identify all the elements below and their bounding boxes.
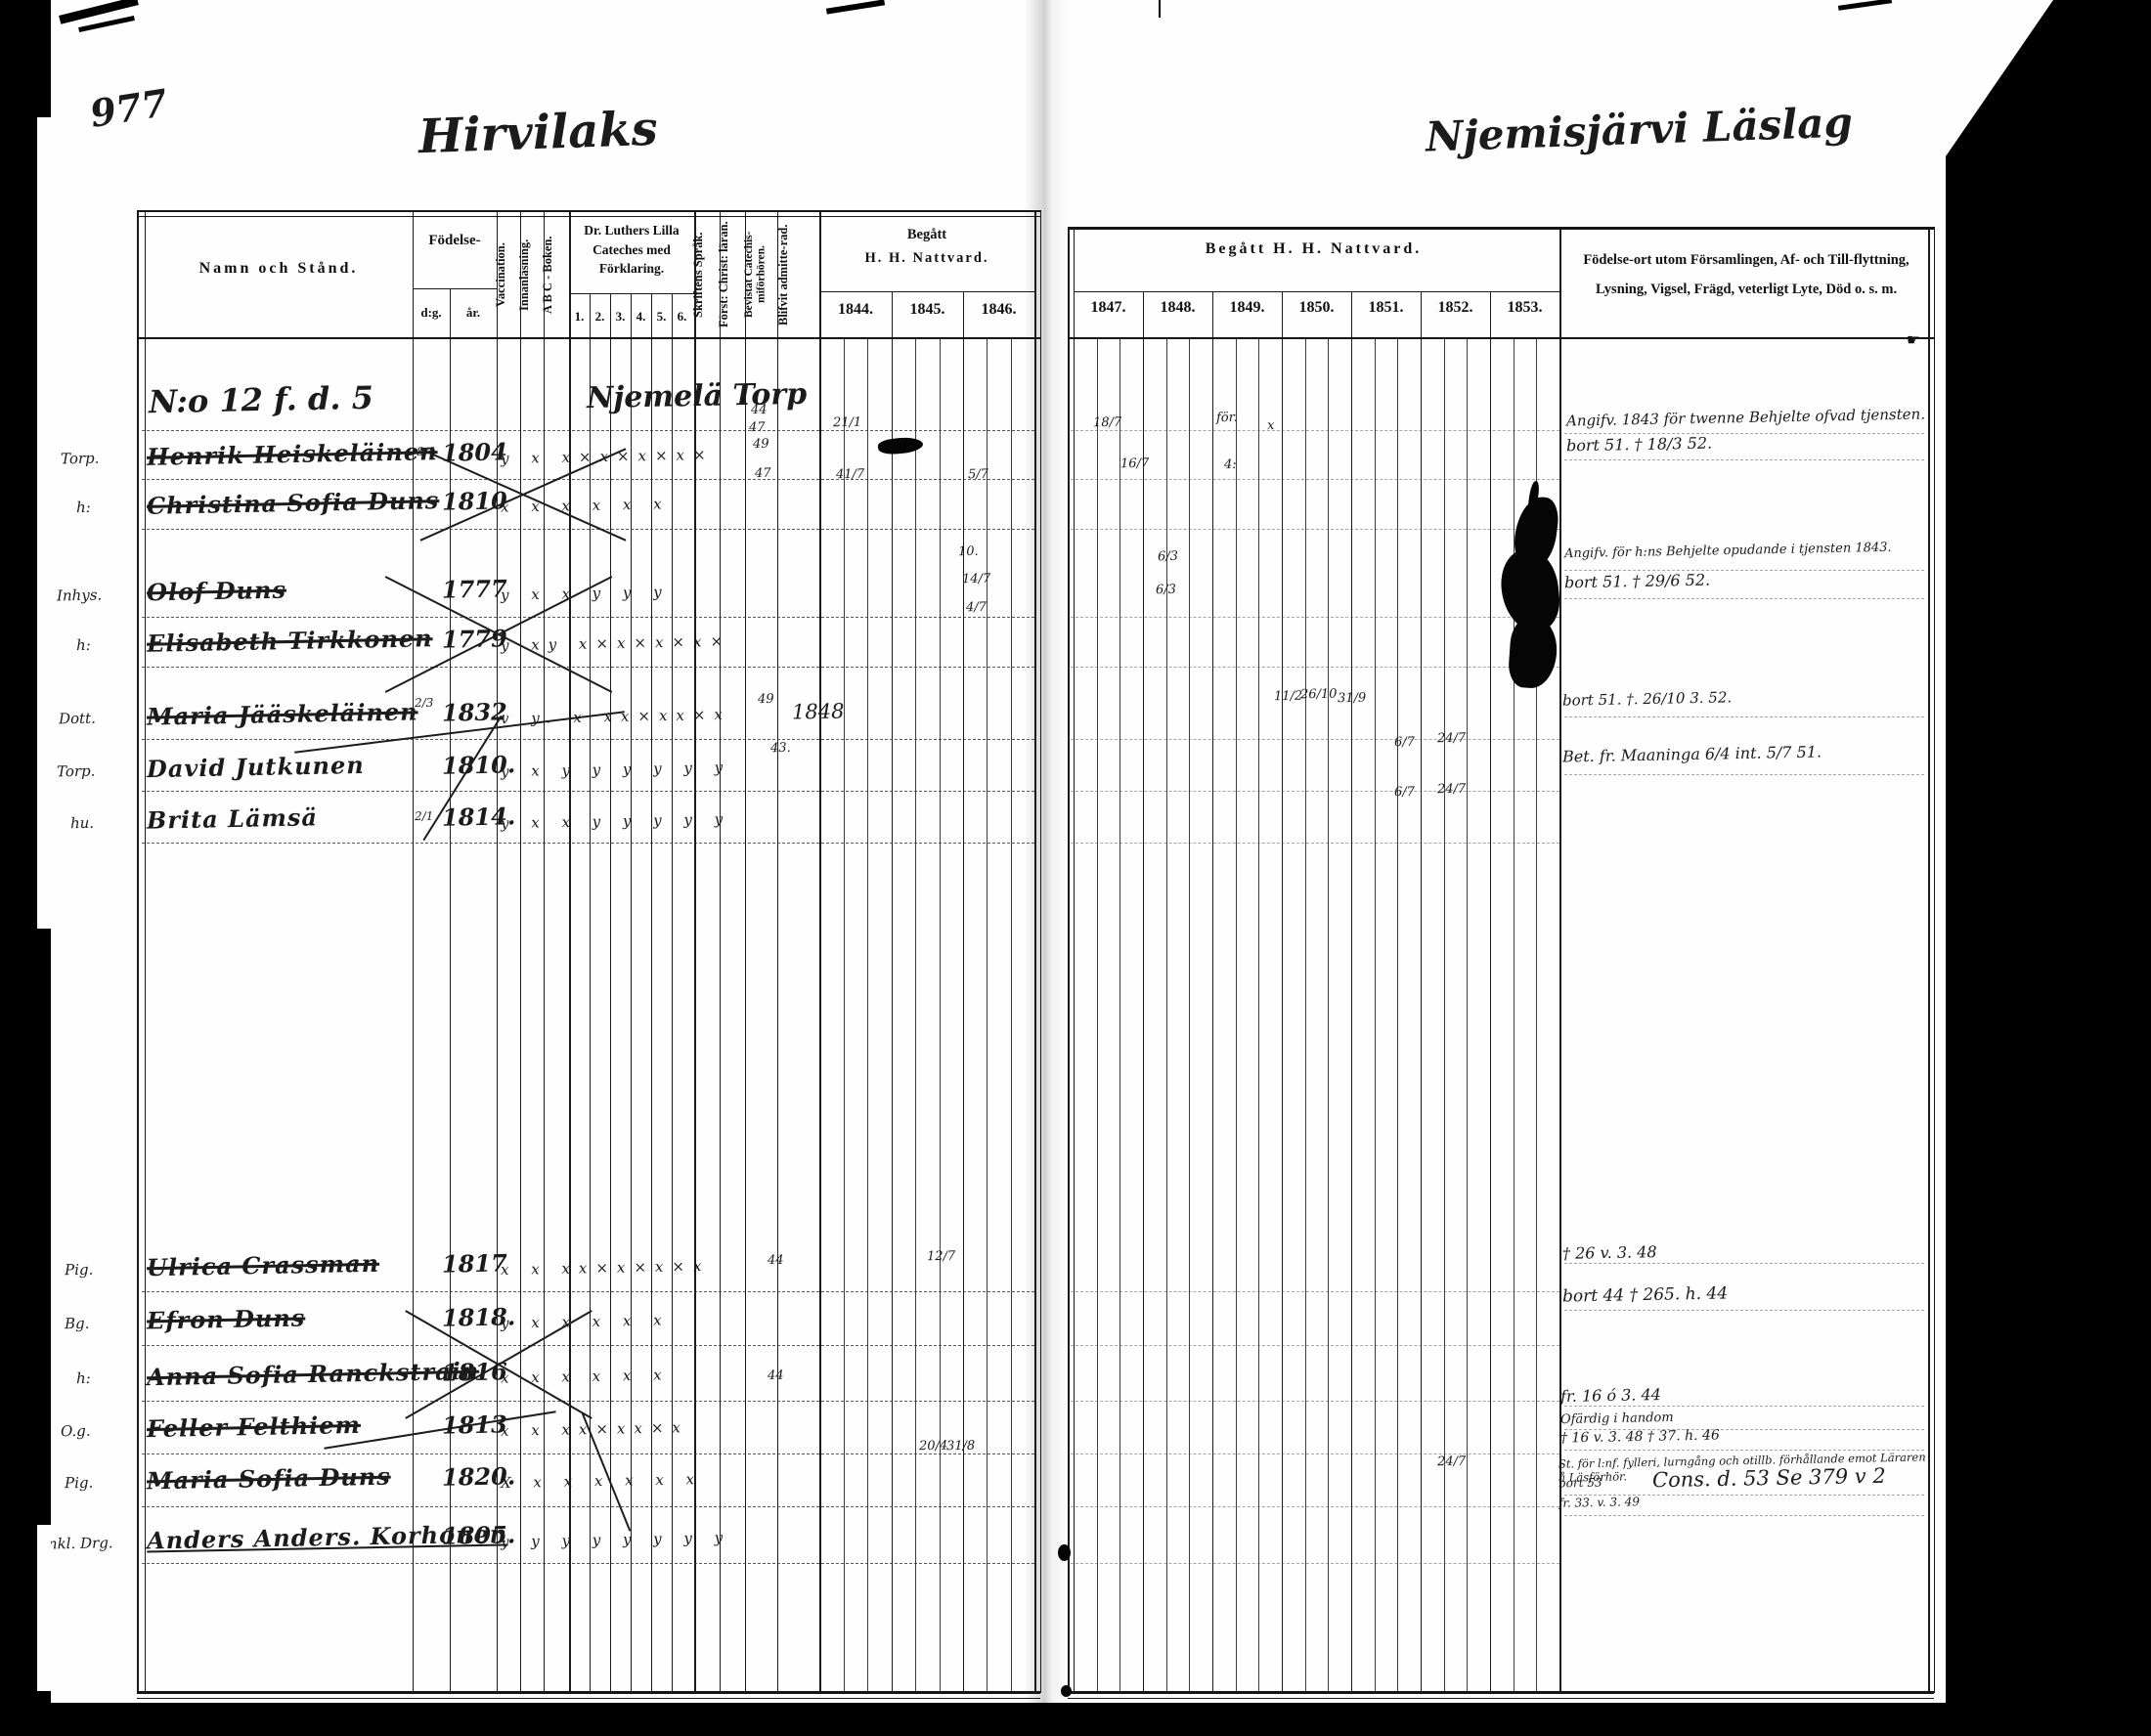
grid-vline [963, 291, 964, 1693]
grid-vline [413, 210, 414, 1693]
row-name: Olof Duns [147, 576, 286, 607]
row-rule [142, 667, 1034, 668]
year-header-1849: 1849. [1212, 299, 1282, 317]
grid-hline [1068, 337, 1934, 339]
row-rule [1564, 433, 1924, 434]
grid-vline [1236, 337, 1237, 1693]
note: Cons. d. 53 Se 379 v 2 [1652, 1464, 1886, 1493]
grid-vline [544, 210, 545, 1693]
row-birth-year: 1816 [442, 1357, 507, 1386]
row-name: Henrik Heiskeläinen [147, 437, 438, 471]
scan-edge-bottom [0, 1703, 2151, 1736]
row-birth-day: 2/3 [415, 696, 434, 710]
grid-vline [1068, 227, 1070, 1693]
ink-mark: 49 [753, 437, 769, 452]
ink-mark: 49 [758, 692, 774, 707]
row-rule [142, 791, 1034, 792]
ink-mark: 24/7 [1437, 731, 1466, 747]
row-rule [1071, 667, 1559, 668]
section-number: N:o 12 f. d. 5 [149, 379, 374, 420]
row-rule [142, 1291, 1034, 1292]
grid-vline [1011, 337, 1012, 1693]
row-name: Maria Sofia Duns [147, 1462, 391, 1496]
row-prefix: h: [76, 636, 91, 654]
row-marks: x x x x x x [501, 1366, 671, 1386]
grid-vline [1166, 337, 1167, 1693]
ink-mark: 12/7 [927, 1249, 955, 1265]
col-header-bevistat-catechis: Bevistat Catechis-miförhören. [743, 215, 777, 334]
row-rule [142, 430, 1034, 431]
section-place: Njemelä Torp [587, 377, 808, 415]
grid-vline [1074, 227, 1075, 1693]
ink-mark: 26/10 [1300, 687, 1338, 703]
grid-vline [745, 210, 746, 1693]
grid-vline [1328, 337, 1329, 1693]
ink-mark: 11/2 [1274, 689, 1302, 705]
row-birth-year: 1777 [442, 574, 507, 603]
row-rule [142, 1401, 1034, 1402]
col-header-abc-boken: A B C - Boken. [542, 215, 569, 334]
scanned-ledger-page: 977 Hirvilaks Njemisjärvi Läslag Namn oc… [0, 0, 2151, 1736]
grid-vline [1212, 291, 1213, 1693]
ink-mark: 16/7 [1120, 456, 1149, 472]
col-header-birth-year: år. [450, 305, 497, 321]
ink-mark: 5/7 [968, 467, 988, 482]
grid-vline [1040, 210, 1041, 1693]
col-header-name: Namn och Stånd. [147, 260, 411, 278]
row-prefix: hu. [70, 814, 94, 832]
grid-vline [1397, 337, 1398, 1693]
ink-mark: 20/4 [919, 1439, 947, 1454]
ink-mark: 43. [770, 741, 791, 756]
row-prefix: O.g. [61, 1422, 91, 1441]
grid-vline [1421, 291, 1422, 1693]
col-header-notes-line2: Lysning, Vigsel, Frägd, veterligt Lyte, … [1564, 282, 1928, 298]
ink-mark: x [1267, 418, 1275, 433]
paper-corner [1946, 0, 2053, 156]
row-name: Feller Felthiem [147, 1410, 361, 1443]
ink-mark: 6/7 [1394, 735, 1415, 750]
grid-hline [137, 1691, 1040, 1694]
note: fr. 16 ó 3. 44 [1560, 1385, 1661, 1406]
row-name: Brita Lämsä [147, 803, 318, 834]
grid-vline [1034, 210, 1036, 1693]
ink-blob-gutter [1061, 1685, 1072, 1697]
cateches-col-6: 6. [672, 309, 692, 325]
grid-vline [1375, 337, 1376, 1693]
ink-mark: 1848 [792, 699, 845, 723]
grid-vline [1490, 291, 1491, 1693]
scan-edge-right [1946, 0, 2151, 1736]
grid-vline [1467, 337, 1468, 1693]
row-rule [1071, 739, 1559, 740]
col-header-birth-day: d:g. [413, 305, 450, 321]
ink-mark: 6/3 [1156, 583, 1176, 597]
ink-mark: 44 [768, 1253, 784, 1268]
year-header-1851: 1851. [1351, 299, 1421, 317]
row-rule [1564, 570, 1924, 571]
row-name: Ulrica Crassman [147, 1249, 380, 1282]
grid-vline [844, 337, 845, 1693]
grid-vline [777, 210, 778, 1693]
grid-hline [137, 216, 1040, 217]
row-rule [1071, 529, 1559, 530]
note: fr. 33. v. 3. 49 [1558, 1495, 1640, 1510]
note: bort 51. †. 26/10 3. 52. [1562, 688, 1733, 709]
ink-mark: 31/9 [1338, 691, 1366, 707]
note: bort 51. † 18/3 52. [1566, 434, 1712, 456]
col-header-nattvard-right: Begått H. H. Nattvard. [1068, 240, 1559, 258]
row-birth-year: 1817 [442, 1248, 507, 1278]
row-birth-year: 1779 [442, 624, 507, 653]
cateches-col-4: 4. [631, 309, 651, 325]
row-prefix: Dott. [59, 710, 96, 728]
ink-mark: 24/7 [1437, 1454, 1466, 1470]
ink-mark: för. [1216, 411, 1238, 425]
grid-vline [1444, 337, 1445, 1693]
manicule-icon: ☛ [1899, 330, 1928, 350]
year-header-1848: 1848. [1143, 299, 1212, 317]
ink-mark: 31/8 [946, 1439, 975, 1454]
grid-vline [1258, 337, 1259, 1693]
row-rule [1071, 1563, 1559, 1564]
row-name: Efron Duns [147, 1303, 306, 1334]
note: bort 51. † 29/6 52. [1564, 571, 1710, 592]
grid-vline [137, 210, 139, 1693]
grid-vline [1351, 291, 1352, 1693]
cateches-col-5: 5. [651, 309, 672, 325]
grid-vline [987, 337, 988, 1693]
row-rule [1071, 479, 1559, 480]
row-prefix: Inhys. [57, 586, 103, 605]
row-rule [1564, 1263, 1924, 1264]
ink-mark: 18/7 [1093, 415, 1121, 431]
scan-mark-left-margin [41, 1105, 49, 1212]
note: Ofärdig i handom [1560, 1410, 1674, 1427]
ink-mark: 44 [768, 1368, 784, 1383]
col-header-skriftens-sprak: Skriftens Språk. [692, 215, 720, 334]
row-rule [142, 1563, 1034, 1564]
row-rule [142, 529, 1034, 530]
grid-vline [1189, 337, 1190, 1693]
ink-mark: 10. [958, 544, 979, 559]
grid-vline [819, 210, 821, 1693]
row-rule [1564, 774, 1924, 775]
row-rule [1071, 617, 1559, 618]
ink-mark: 41/7 [836, 467, 864, 483]
grid-hline [1068, 1691, 1934, 1694]
ink-mark: 24/7 [1437, 782, 1466, 798]
year-header-1852: 1852. [1421, 299, 1490, 317]
row-prefix: Torp. [61, 450, 100, 468]
col-header-forst-christ-laran: Först: Christ: läran. [718, 215, 745, 334]
row-rule [142, 1345, 1034, 1346]
ink-mark: 4: [1224, 457, 1237, 472]
scan-streak [1159, 0, 1161, 18]
row-rule [1564, 459, 1924, 460]
row-rule [1564, 1406, 1924, 1407]
col-header-nattvard-left-2: H. H. Nattvard. [819, 250, 1034, 267]
grid-vline [892, 291, 893, 1693]
row-name: Maria Jääskeläinen [147, 697, 418, 730]
row-rule [1071, 843, 1559, 844]
scan-mark-left-margin [39, 1393, 49, 1486]
scan-mark-left-margin [43, 973, 51, 1031]
year-header-1846: 1846. [963, 301, 1034, 319]
ink-mark: 47 [755, 466, 771, 481]
ink-mark: 21/1 [833, 415, 861, 431]
note: † 16 v. 3. 48 † 37. h. 46 [1560, 1427, 1720, 1446]
grid-hline [1074, 291, 1559, 292]
row-prefix: h: [76, 499, 91, 516]
row-rule [1071, 430, 1559, 431]
row-marks: x x x x x x [501, 495, 671, 515]
grid-hline [137, 1698, 1040, 1699]
ink-blob-gutter [1058, 1544, 1071, 1561]
grid-vline [867, 337, 868, 1693]
grid-hline [137, 210, 1040, 212]
ink-mark: 6/3 [1158, 549, 1178, 564]
row-name: Christina Sofia Duns [147, 486, 440, 520]
note: † 26 v. 3. 48 [1562, 1242, 1657, 1263]
grid-vline [940, 337, 941, 1693]
row-rule [142, 1454, 1034, 1454]
row-rule [1564, 1310, 1924, 1311]
col-header-nattvard-left-1: Begått [819, 227, 1034, 243]
grid-vline [1143, 291, 1144, 1693]
col-header-notes-line1: Födelse-ort utom Församlingen, Af- och T… [1564, 252, 1928, 269]
ink-mark: 47 [749, 420, 766, 435]
paper-edge-sliver [37, 1525, 51, 1691]
ink-mark: 6/7 [1394, 785, 1415, 800]
grid-hline [413, 288, 497, 289]
col-header-birth: Födelse- [413, 233, 497, 249]
year-header-1853: 1853. [1490, 299, 1559, 317]
row-rule [142, 739, 1034, 740]
row-rule [1564, 598, 1924, 599]
ink-mark: 44 [751, 403, 768, 417]
col-header-blifvit-admitterad: Blifvit admitte-rad. [777, 215, 819, 334]
row-prefix: Pig. [65, 1474, 94, 1493]
row-rule [142, 479, 1034, 480]
row-rule [1071, 1454, 1559, 1454]
row-prefix: Pig. [65, 1261, 94, 1280]
grid-vline [520, 210, 521, 1693]
grid-hline [1068, 1698, 1934, 1699]
row-rule [1071, 1345, 1559, 1346]
grid-vline [1119, 337, 1120, 1693]
note: bort 44 † 265. h. 44 [1562, 1283, 1728, 1306]
paper-edge-sliver [37, 117, 51, 929]
row-name: David Jutkunen [147, 751, 365, 783]
grid-hline [569, 293, 694, 294]
col-header-cateches: Dr. Luthers Lilla Cateches med Förklarin… [571, 221, 692, 279]
ink-mark: 14/7 [962, 572, 990, 587]
left-page-title: Hirvilaks [417, 102, 658, 165]
row-name: Elisabeth Tirkkonen [147, 624, 433, 658]
grid-vline [1305, 337, 1306, 1693]
row-rule [1071, 1291, 1559, 1292]
row-rule [1071, 1506, 1559, 1507]
note: bort 53 [1558, 1476, 1602, 1491]
row-marks: y x x y y y [501, 583, 671, 603]
row-rule [142, 617, 1034, 618]
row-prefix: Bg. [65, 1315, 90, 1332]
grid-hline [137, 337, 1040, 339]
row-rule [1564, 1515, 1924, 1516]
row-rule [142, 1506, 1034, 1507]
grid-vline [569, 210, 571, 1693]
row-birth-day: 2/1 [415, 809, 434, 823]
grid-vline [915, 337, 916, 1693]
year-header-1844: 1844. [819, 301, 892, 319]
row-prefix: Torp. [57, 762, 96, 781]
row-rule [1071, 1401, 1559, 1402]
grid-vline [1282, 291, 1283, 1693]
row-rule [142, 843, 1034, 844]
grid-vline [1097, 337, 1098, 1693]
ink-mark: 4/7 [966, 600, 987, 615]
cateches-col-3: 3. [610, 309, 631, 325]
grid-hline [819, 291, 1034, 292]
cateches-col-1: 1. [569, 309, 590, 325]
cateches-col-2: 2. [590, 309, 610, 325]
year-header-1847: 1847. [1074, 299, 1143, 317]
year-header-1850: 1850. [1282, 299, 1351, 317]
row-prefix: h: [76, 1369, 91, 1387]
row-rule [1071, 791, 1559, 792]
row-rule [1564, 716, 1924, 717]
row-birth-year: 1810 [442, 486, 507, 515]
grid-hline [1068, 227, 1934, 230]
year-header-1845: 1845. [892, 301, 963, 319]
row-marks: x x xx×xx×x [501, 1418, 689, 1440]
grid-vline [720, 210, 721, 1693]
